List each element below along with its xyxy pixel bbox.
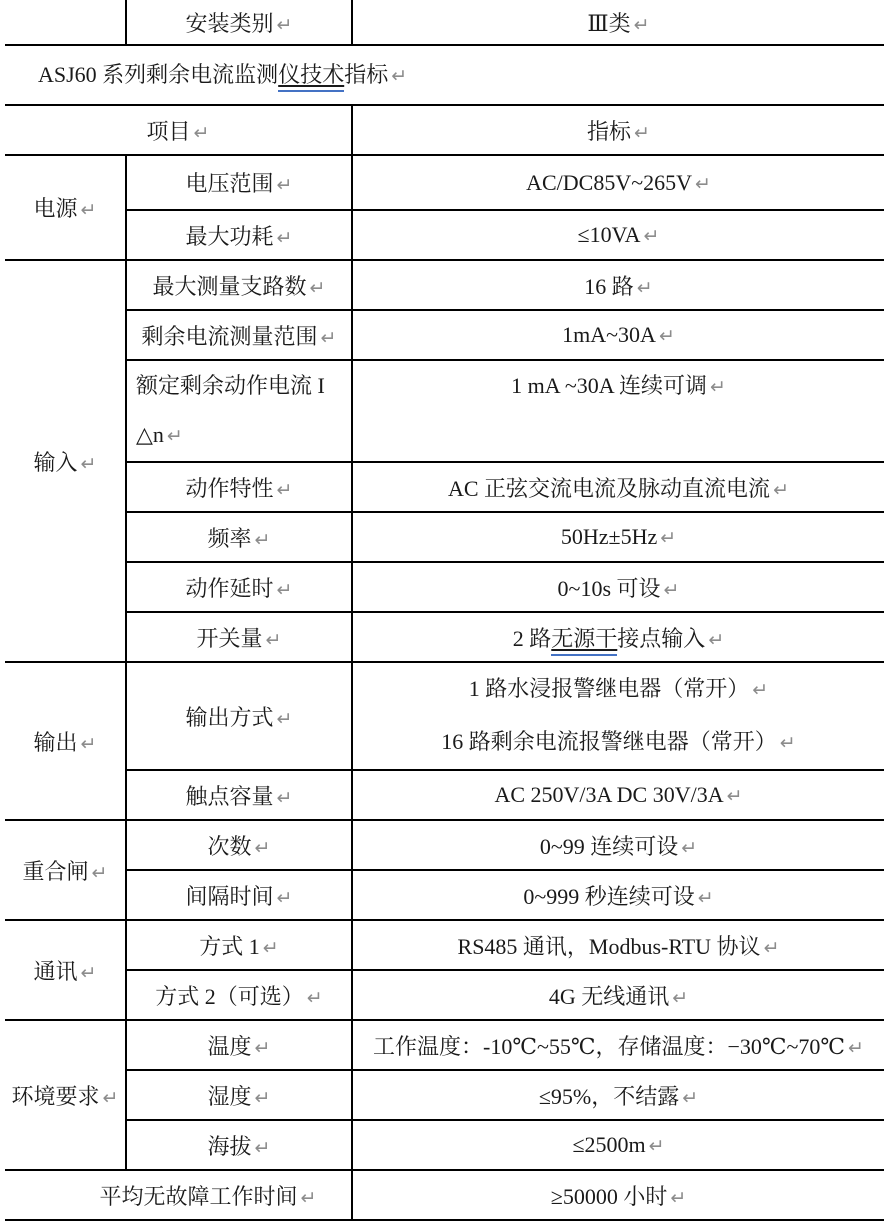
installation-category-value: Ⅲ类 bbox=[587, 11, 630, 36]
paragraph-mark-icon: ↵ bbox=[707, 376, 726, 398]
value-proofing-underline: 无源干 bbox=[551, 626, 617, 656]
value-text: 0~999 秒连续可设 bbox=[523, 884, 694, 909]
item-label: 剩余电流测量范围 bbox=[142, 324, 318, 349]
item-cell-humidity: 湿度↵ bbox=[126, 1070, 352, 1120]
item-cell-comm-mode1: 方式 1↵ bbox=[126, 920, 352, 970]
group-label: 输入 bbox=[34, 450, 78, 475]
item-cell-delay: 动作延时↵ bbox=[126, 562, 352, 612]
paragraph-mark-icon: ↵ bbox=[78, 199, 97, 221]
document-page: 安装类别↵ Ⅲ类↵ ASJ60 系列剩余电流监测仪技术指标↵ 项目↵ 指标↵ 电… bbox=[0, 0, 896, 1221]
installation-category-value-cell: Ⅲ类↵ bbox=[352, 0, 884, 45]
paragraph-mark-icon: ↵ bbox=[656, 325, 675, 347]
item-label: 动作特性 bbox=[186, 476, 274, 501]
item-label: 电压范围 bbox=[186, 171, 274, 196]
paragraph-mark-icon: ↵ bbox=[705, 629, 724, 651]
item-label: 触点容量 bbox=[186, 784, 274, 809]
item-cell-voltage-range: 电压范围↵ bbox=[126, 155, 352, 210]
value-cell-frequency: 50Hz±5Hz↵ bbox=[352, 512, 884, 562]
value-text: 1mA~30A bbox=[562, 322, 656, 347]
value-cell-rated-current: 1 mA ~30A 连续可调↵ bbox=[352, 360, 884, 462]
table-row: 输入↵ 最大测量支路数↵ 16 路↵ bbox=[5, 260, 884, 310]
section-title-text: ASJ60 系列剩余电流监测 bbox=[38, 62, 278, 87]
paragraph-mark-icon: ↵ bbox=[749, 679, 768, 701]
paragraph-mark-icon: ↵ bbox=[274, 14, 293, 36]
paragraph-mark-icon: ↵ bbox=[78, 453, 97, 475]
paragraph-mark-icon: ↵ bbox=[667, 1187, 686, 1209]
header-item-label: 项目 bbox=[147, 119, 191, 144]
paragraph-mark-icon: ↵ bbox=[631, 14, 650, 36]
value-cell-altitude: ≤2500m↵ bbox=[352, 1120, 884, 1170]
value-text: RS485 通讯，Modbus-RTU 协议 bbox=[458, 934, 761, 959]
value-text: ≤2500m bbox=[572, 1132, 645, 1157]
item-cell-temperature: 温度↵ bbox=[126, 1020, 352, 1070]
value-cell-switch-input: 2 路无源干接点输入↵ bbox=[352, 612, 884, 662]
paragraph-mark-icon: ↵ bbox=[191, 122, 210, 144]
paragraph-mark-icon: ↵ bbox=[274, 787, 293, 809]
item-label: 输出方式 bbox=[186, 705, 274, 730]
table-row: 环境要求↵ 温度↵ 工作温度：-10℃~55℃，存储温度：−30℃~70℃↵ bbox=[5, 1020, 884, 1070]
paragraph-mark-icon: ↵ bbox=[274, 579, 293, 601]
group-cell-reclose: 重合闸↵ bbox=[5, 820, 126, 920]
value-text: AC 250V/3A DC 30V/3A bbox=[494, 782, 723, 807]
paragraph-mark-icon: ↵ bbox=[641, 225, 660, 247]
value-cell-humidity: ≤95%，不结露↵ bbox=[352, 1070, 884, 1120]
value-cell-current-range: 1mA~30A↵ bbox=[352, 310, 884, 360]
item-label: 方式 1 bbox=[199, 934, 260, 959]
group-label: 输出 bbox=[34, 730, 78, 755]
item-label: 方式 2（可选） bbox=[155, 984, 304, 1009]
paragraph-mark-icon: ↵ bbox=[695, 887, 714, 909]
table-row: 湿度↵ ≤95%，不结露↵ bbox=[5, 1070, 884, 1120]
value-line2: 16 路剩余电流报警继电器（常开）↵ bbox=[353, 716, 884, 769]
table-row: 额定剩余动作电流 I △n↵ 1 mA ~30A 连续可调↵ bbox=[5, 360, 884, 462]
paragraph-mark-icon: ↵ bbox=[679, 1087, 698, 1109]
paragraph-mark-icon: ↵ bbox=[252, 529, 271, 551]
item-label: 湿度 bbox=[208, 1084, 252, 1109]
paragraph-mark-icon: ↵ bbox=[274, 887, 293, 909]
value-text: 0~10s 可设 bbox=[558, 576, 661, 601]
value-cell-contact-capacity: AC 250V/3A DC 30V/3A↵ bbox=[352, 770, 884, 820]
item-label: 间隔时间 bbox=[186, 884, 274, 909]
paragraph-mark-icon: ↵ bbox=[388, 65, 407, 87]
value-cell-interval: 0~999 秒连续可设↵ bbox=[352, 870, 884, 920]
item-cell-current-range: 剩余电流测量范围↵ bbox=[126, 310, 352, 360]
item-label: 动作延时 bbox=[186, 576, 274, 601]
item-cell-altitude: 海拔↵ bbox=[126, 1120, 352, 1170]
item-cell-max-branches: 最大测量支路数↵ bbox=[126, 260, 352, 310]
item-cell-interval: 间隔时间↵ bbox=[126, 870, 352, 920]
paragraph-mark-icon: ↵ bbox=[252, 837, 271, 859]
group-cell-output: 输出↵ bbox=[5, 662, 126, 820]
item-cell-mtbf: 平均无故障工作时间↵ bbox=[5, 1170, 352, 1220]
table-row: 动作延时↵ 0~10s 可设↵ bbox=[5, 562, 884, 612]
value-cell-voltage-range: AC/DC85V~265V↵ bbox=[352, 155, 884, 210]
technical-spec-table: 项目↵ 指标↵ 电源↵ 电压范围↵ AC/DC85V~265V↵ 最大功耗↵ ≤… bbox=[5, 104, 884, 1221]
paragraph-mark-icon: ↵ bbox=[298, 1187, 317, 1209]
value-cell-temperature: 工作温度：-10℃~55℃，存储温度：−30℃~70℃↵ bbox=[352, 1020, 884, 1070]
value-cell-mtbf: ≥50000 小时↵ bbox=[352, 1170, 884, 1220]
value-text: AC 正弦交流电流及脉动直流电流 bbox=[448, 476, 770, 501]
item-label: 海拔 bbox=[208, 1134, 252, 1159]
value-cell-characteristic: AC 正弦交流电流及脉动直流电流↵ bbox=[352, 462, 884, 512]
table-row: 动作特性↵ AC 正弦交流电流及脉动直流电流↵ bbox=[5, 462, 884, 512]
paragraph-mark-icon: ↵ bbox=[274, 227, 293, 249]
section-title-text: 指标 bbox=[344, 62, 388, 87]
installation-category-table: 安装类别↵ Ⅲ类↵ bbox=[5, 0, 884, 46]
group-label: 重合闸 bbox=[23, 859, 89, 884]
value-cell-comm-mode1: RS485 通讯，Modbus-RTU 协议↵ bbox=[352, 920, 884, 970]
value-text: 16 路 bbox=[584, 274, 634, 299]
table-row: 电源↵ 电压范围↵ AC/DC85V~265V↵ bbox=[5, 155, 884, 210]
group-label: 电源 bbox=[34, 196, 78, 221]
table-row: 平均无故障工作时间↵ ≥50000 小时↵ bbox=[5, 1170, 884, 1220]
paragraph-mark-icon: ↵ bbox=[646, 1135, 665, 1157]
paragraph-mark-icon: ↵ bbox=[274, 174, 293, 196]
item-label: 平均无故障工作时间 bbox=[100, 1184, 298, 1209]
installation-category-label-cell: 安装类别↵ bbox=[126, 0, 352, 45]
header-value-label: 指标 bbox=[587, 119, 631, 144]
paragraph-mark-icon: ↵ bbox=[274, 708, 293, 730]
value-text: ≤95%，不结露 bbox=[539, 1084, 679, 1109]
group-cell-env: 环境要求↵ bbox=[5, 1020, 126, 1170]
paragraph-mark-icon: ↵ bbox=[260, 937, 279, 959]
item-cell-reclose-times: 次数↵ bbox=[126, 820, 352, 870]
item-cell-switch-input: 开关量↵ bbox=[126, 612, 352, 662]
table-header-row: 项目↵ 指标↵ bbox=[5, 105, 884, 155]
value-cell-max-consumption: ≤10VA↵ bbox=[352, 210, 884, 260]
item-cell-output-mode: 输出方式↵ bbox=[126, 662, 352, 770]
table-row: 通讯↵ 方式 1↵ RS485 通讯，Modbus-RTU 协议↵ bbox=[5, 920, 884, 970]
paragraph-mark-icon: ↵ bbox=[761, 937, 780, 959]
value-text: ≤10VA bbox=[578, 222, 641, 247]
paragraph-mark-icon: ↵ bbox=[100, 1087, 119, 1109]
paragraph-mark-icon: ↵ bbox=[78, 733, 97, 755]
value-cell-delay: 0~10s 可设↵ bbox=[352, 562, 884, 612]
value-line1: 1 路水浸报警继电器（常开）↵ bbox=[353, 663, 884, 716]
paragraph-mark-icon: ↵ bbox=[634, 277, 653, 299]
paragraph-mark-icon: ↵ bbox=[252, 1087, 271, 1109]
paragraph-mark-icon: ↵ bbox=[631, 122, 650, 144]
paragraph-mark-icon: ↵ bbox=[724, 785, 743, 807]
table-row: 方式 2（可选）↵ 4G 无线通讯↵ bbox=[5, 970, 884, 1020]
value-text: 50Hz±5Hz bbox=[561, 524, 657, 549]
item-cell-contact-capacity: 触点容量↵ bbox=[126, 770, 352, 820]
value-text: 0~99 连续可设 bbox=[540, 834, 678, 859]
table-row: 输出↵ 输出方式↵ 1 路水浸报警继电器（常开）↵ 16 路剩余电流报警继电器（… bbox=[5, 662, 884, 770]
table-row: 海拔↵ ≤2500m↵ bbox=[5, 1120, 884, 1170]
paragraph-mark-icon: ↵ bbox=[252, 1037, 271, 1059]
item-label: 次数 bbox=[208, 834, 252, 859]
item-label: 开关量 bbox=[197, 626, 263, 651]
item-label: 最大功耗 bbox=[186, 224, 274, 249]
paragraph-mark-icon: ↵ bbox=[669, 987, 688, 1009]
paragraph-mark-icon: ↵ bbox=[307, 277, 326, 299]
paragraph-mark-icon: ↵ bbox=[274, 479, 293, 501]
header-value-cell: 指标↵ bbox=[352, 105, 884, 155]
paragraph-mark-icon: ↵ bbox=[661, 579, 680, 601]
item-label: 温度 bbox=[208, 1034, 252, 1059]
paragraph-mark-icon: ↵ bbox=[777, 732, 796, 754]
table-row: 触点容量↵ AC 250V/3A DC 30V/3A↵ bbox=[5, 770, 884, 820]
item-cell-max-consumption: 最大功耗↵ bbox=[126, 210, 352, 260]
value-text: AC/DC85V~265V bbox=[526, 170, 692, 195]
paragraph-mark-icon: ↵ bbox=[678, 837, 697, 859]
paragraph-mark-icon: ↵ bbox=[692, 173, 711, 195]
paragraph-mark-icon: ↵ bbox=[770, 479, 789, 501]
table-row: 频率↵ 50Hz±5Hz↵ bbox=[5, 512, 884, 562]
paragraph-mark-icon: ↵ bbox=[164, 425, 183, 447]
value-cell-max-branches: 16 路↵ bbox=[352, 260, 884, 310]
item-cell-comm-mode2: 方式 2（可选）↵ bbox=[126, 970, 352, 1020]
item-label: 最大测量支路数 bbox=[153, 274, 307, 299]
item-label-line2: △n↵ bbox=[136, 410, 351, 461]
value-text: 4G 无线通讯 bbox=[549, 984, 669, 1009]
item-cell-rated-current: 额定剩余动作电流 I △n↵ bbox=[126, 360, 352, 462]
paragraph-mark-icon: ↵ bbox=[318, 327, 337, 349]
paragraph-mark-icon: ↵ bbox=[657, 527, 676, 549]
table-row: 剩余电流测量范围↵ 1mA~30A↵ bbox=[5, 310, 884, 360]
paragraph-mark-icon: ↵ bbox=[263, 629, 282, 651]
section-title-proofing-underline: 仪技术 bbox=[278, 62, 344, 92]
section-title: ASJ60 系列剩余电流监测仪技术指标↵ bbox=[0, 46, 896, 104]
item-label-line1: 额定剩余动作电流 I bbox=[136, 361, 351, 410]
group-label: 环境要求 bbox=[12, 1084, 100, 1109]
value-text: ≥50000 小时 bbox=[551, 1184, 668, 1209]
table-row: 最大功耗↵ ≤10VA↵ bbox=[5, 210, 884, 260]
header-item-cell: 项目↵ bbox=[5, 105, 352, 155]
group-cell-input: 输入↵ bbox=[5, 260, 126, 662]
item-cell-frequency: 频率↵ bbox=[126, 512, 352, 562]
value-text: 工作温度：-10℃~55℃，存储温度：−30℃~70℃ bbox=[373, 1034, 845, 1059]
value-text: 1 mA ~30A 连续可调 bbox=[511, 373, 707, 398]
group-cell-comm: 通讯↵ bbox=[5, 920, 126, 1020]
paragraph-mark-icon: ↵ bbox=[252, 1137, 271, 1159]
paragraph-mark-icon: ↵ bbox=[845, 1037, 864, 1059]
empty-cell bbox=[5, 0, 126, 45]
table-row: 开关量↵ 2 路无源干接点输入↵ bbox=[5, 612, 884, 662]
table-row: 重合闸↵ 次数↵ 0~99 连续可设↵ bbox=[5, 820, 884, 870]
paragraph-mark-icon: ↵ bbox=[89, 862, 108, 884]
item-cell-characteristic: 动作特性↵ bbox=[126, 462, 352, 512]
value-cell-output-mode: 1 路水浸报警继电器（常开）↵ 16 路剩余电流报警继电器（常开）↵ bbox=[352, 662, 884, 770]
paragraph-mark-icon: ↵ bbox=[304, 987, 323, 1009]
group-cell-power: 电源↵ bbox=[5, 155, 126, 260]
group-label: 通讯 bbox=[34, 959, 78, 984]
installation-category-label: 安装类别 bbox=[186, 11, 274, 36]
value-text: 2 路 bbox=[513, 626, 552, 651]
item-label: 频率 bbox=[208, 526, 252, 551]
value-text: 接点输入 bbox=[617, 626, 705, 651]
value-cell-comm-mode2: 4G 无线通讯↵ bbox=[352, 970, 884, 1020]
value-cell-reclose-times: 0~99 连续可设↵ bbox=[352, 820, 884, 870]
paragraph-mark-icon: ↵ bbox=[78, 962, 97, 984]
table-row: 间隔时间↵ 0~999 秒连续可设↵ bbox=[5, 870, 884, 920]
table-row: 安装类别↵ Ⅲ类↵ bbox=[5, 0, 884, 45]
